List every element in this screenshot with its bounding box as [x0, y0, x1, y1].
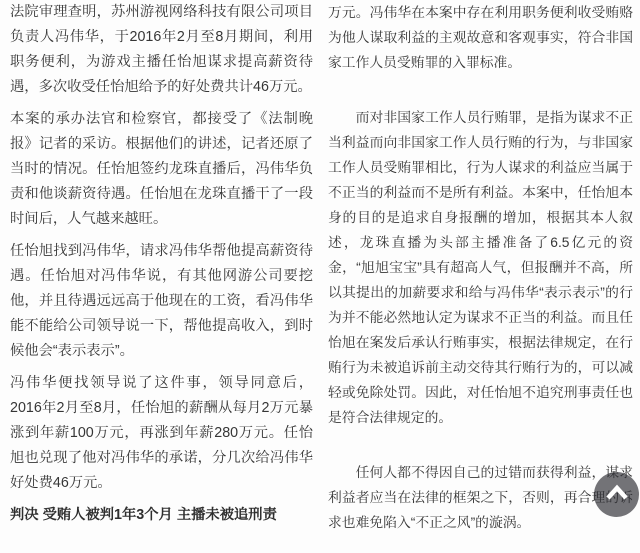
article-left-column: 法院审理查明，苏州游视网络科技有限公司项目负责人冯伟华，于2016年2月至8月期… — [10, 0, 313, 535]
paragraph: 法院审理查明，苏州游视网络科技有限公司项目负责人冯伟华，于2016年2月至8月期… — [10, 0, 313, 100]
paragraph: 万元。冯伟华在本案中存在利用职务便利收受贿赂为他人谋取利益的主观故意和客观事实，… — [328, 0, 633, 75]
chevron-up-icon — [604, 487, 630, 502]
paragraph: 冯伟华便找领导说了这件事，领导同意后，2016年2月至8月，任怡旭的薪酬从每月2… — [10, 371, 313, 496]
paragraph: 任怡旭找到冯伟华，请求冯伟华帮他提高薪资待遇。任怡旭对冯伟华说，有其他网游公司要… — [10, 239, 313, 364]
section-subheading: 判决 受贿人被判1年3个月 主播未被追刑责 — [10, 503, 313, 528]
back-to-top-button[interactable] — [594, 472, 639, 517]
article-right-column: 万元。冯伟华在本案中存在利用职务便利收受贿赂为他人谋取利益的主观故意和客观事实，… — [328, 0, 633, 535]
paragraph: 而对非国家工作人员行贿罪，是指为谋求不正当利益而向非国家工作人员行贿的行为，与非… — [328, 105, 633, 430]
paragraph: 本案的承办法官和检察官，都接受了《法制晚报》记者的采访。根据他们的讲述，记者还原… — [10, 107, 313, 232]
paragraph: 任何人都不得因自己的过错而获得利益，谋求利益者应当在法律的框架之下，否则，再合理… — [328, 460, 633, 535]
